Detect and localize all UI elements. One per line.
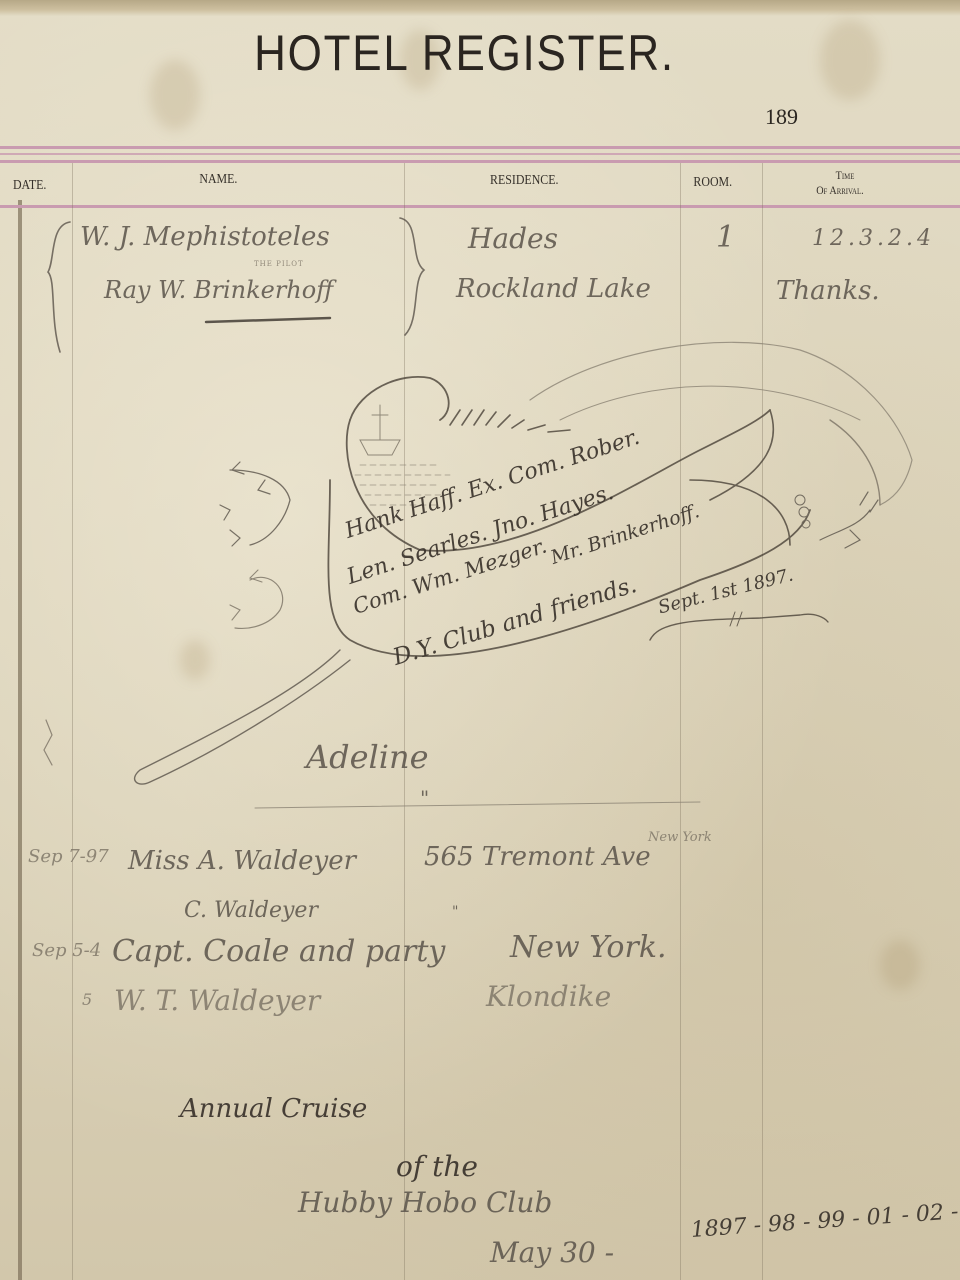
entry-time-note: Thanks. xyxy=(776,276,880,306)
column-divider xyxy=(680,163,681,1280)
later-entry-residence: " xyxy=(452,904,458,920)
later-entry-name: C. Waldeyer xyxy=(184,898,318,923)
later-entry-name: Capt. Coale and party xyxy=(112,934,445,969)
column-divider xyxy=(762,163,763,1280)
page-top-edge xyxy=(0,0,960,16)
entry-residence-line2: Rockland Lake xyxy=(456,274,651,304)
page-title: HOTEL REGISTER. xyxy=(55,24,900,82)
column-time-line1: Time xyxy=(836,168,855,183)
later-entry-date: 5 xyxy=(82,990,92,1009)
column-time-line2: Of Arrival. xyxy=(816,183,863,198)
entry-time: 12.3.2.4 xyxy=(812,226,935,251)
header-rule-top-2 xyxy=(0,153,960,155)
later-entry-name: Miss A. Waldeyer xyxy=(128,846,356,876)
closing-line-1: Annual Cruise xyxy=(180,1094,367,1124)
binding-edge xyxy=(18,200,22,1280)
later-entry-name: W. T. Waldeyer xyxy=(114,984,320,1017)
later-entry-residence-note: New York xyxy=(648,830,712,845)
later-entry-residence: 565 Tremont Ave xyxy=(424,842,651,872)
closing-line-3: Hubby Hobo Club xyxy=(298,1186,552,1219)
entry-name-note: the Pilot xyxy=(254,260,304,268)
later-entry-residence: New York. xyxy=(510,930,667,965)
stain xyxy=(180,640,210,680)
column-room: ROOM. xyxy=(693,175,732,191)
column-residence: RESIDENCE. xyxy=(490,173,558,189)
signature-name: Adeline xyxy=(306,738,429,776)
closing-years: 1897 - 98 - 99 - 01 - 02 - 03 xyxy=(690,1197,960,1243)
column-date: DATE. xyxy=(13,178,46,194)
column-divider xyxy=(404,163,405,1280)
column-name: NAME. xyxy=(199,172,237,188)
closing-line-4: May 30 - xyxy=(490,1236,614,1269)
year-prefix: 189 xyxy=(765,104,798,130)
header-rule-top xyxy=(0,146,960,149)
entry-room: 1 xyxy=(716,220,735,255)
column-header-row: DATE. NAME. RESIDENCE. ROOM. Time Of Arr… xyxy=(0,166,960,204)
later-entry-residence: Klondike xyxy=(486,980,611,1013)
entry-name-line2: Ray W. Brinkerhoff xyxy=(104,276,333,304)
register-page: HOTEL REGISTER. 189 DATE. NAME. RESIDENC… xyxy=(0,0,960,1280)
banner-date: Sept. 1st 1897. xyxy=(656,565,795,619)
header-rule-top-3 xyxy=(0,160,960,163)
stain xyxy=(880,940,920,990)
entry-name-line1: W. J. Mephistoteles xyxy=(80,222,330,252)
entry-residence-line1: Hades xyxy=(468,222,558,255)
column-divider xyxy=(72,163,73,1280)
closing-line-2: of the xyxy=(396,1150,478,1183)
later-entry-date: Sep 7-97 xyxy=(28,846,109,867)
header-rule-bottom xyxy=(0,205,960,208)
ditto-mark: " xyxy=(420,786,429,810)
later-entry-date: Sep 5-4 xyxy=(32,940,101,961)
